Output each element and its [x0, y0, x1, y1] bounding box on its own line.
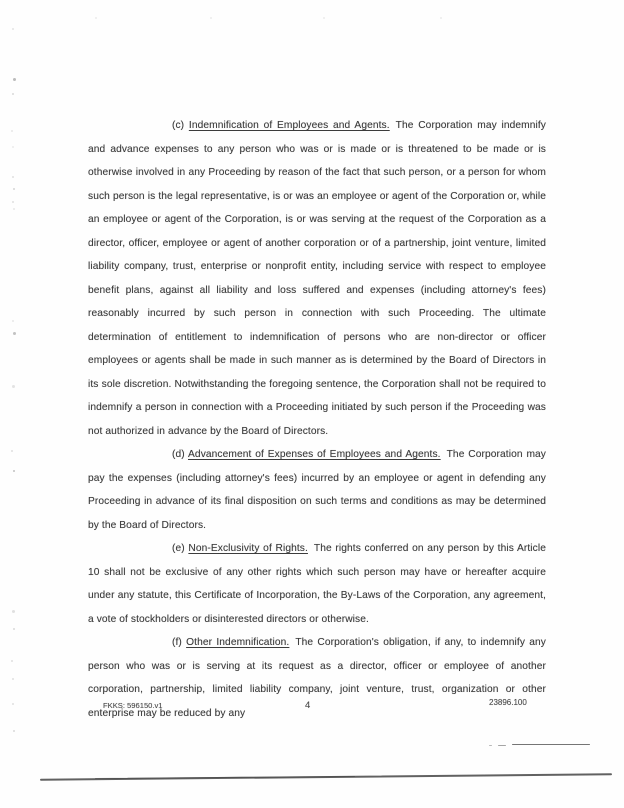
paragraph-f: (f) Other Indemnification.The Corporatio…	[88, 631, 546, 725]
scan-speck	[12, 610, 15, 613]
footer-page-number: 4	[305, 700, 310, 711]
scan-speck	[12, 320, 14, 322]
scan-speck	[12, 385, 15, 388]
scan-speck	[13, 332, 16, 335]
scan-speck	[11, 450, 13, 452]
scan-speck	[12, 146, 14, 148]
paragraph-d: (d) Advancement of Expenses of Employees…	[88, 443, 546, 537]
paragraph-c: (c) Indemnification of Employees and Age…	[88, 114, 546, 443]
document-body: (c) Indemnification of Employees and Age…	[88, 114, 546, 725]
paragraph-e-label: (e)	[172, 543, 185, 554]
scan-speck	[95, 17, 97, 19]
footer-matter-number: 23896.100	[489, 698, 527, 707]
scan-speck	[12, 176, 14, 178]
paragraph-d-label: (d)	[172, 449, 185, 460]
paragraph-c-label: (c)	[172, 120, 184, 131]
scanned-document-page: (c) Indemnification of Employees and Age…	[0, 0, 624, 808]
scan-speck	[13, 188, 15, 190]
paragraph-f-heading: Other Indemnification.	[186, 637, 289, 648]
scan-speck	[12, 678, 14, 680]
scan-artifact-short-dot	[489, 745, 492, 746]
scan-speck	[12, 201, 14, 203]
scan-artifact-short-line	[512, 744, 590, 745]
paragraph-c-body: The Corporation may indemnify and advanc…	[88, 120, 546, 437]
paragraph-e-heading: Non-Exclusivity of Rights.	[188, 543, 308, 554]
paragraph-f-label: (f)	[172, 637, 182, 648]
scan-speck	[12, 28, 14, 30]
scan-speck	[12, 703, 14, 705]
scan-speck	[11, 130, 13, 132]
scan-speck	[13, 730, 15, 732]
paragraph-d-body: The Corporation may pay the expenses (in…	[88, 449, 546, 531]
scan-speck	[13, 208, 15, 210]
scan-speck	[13, 628, 15, 630]
scan-speck	[11, 660, 13, 662]
paragraph-c-heading: Indemnification of Employees and Agents.	[189, 120, 390, 131]
paragraph-d-heading: Advancement of Expenses of Employees and…	[188, 449, 441, 460]
scan-speck	[210, 17, 212, 19]
scan-speck	[13, 78, 16, 81]
scan-speck	[13, 470, 15, 472]
scan-artifact-short-dash	[498, 745, 506, 746]
paragraph-e: (e) Non-Exclusivity of Rights.The rights…	[88, 537, 546, 631]
footer-document-id: FKKS: 596150.v1	[103, 701, 163, 710]
scan-speck	[12, 93, 14, 95]
paragraph-e-body: The rights conferred on any person by th…	[88, 543, 546, 625]
scan-speck	[323, 17, 325, 19]
scan-speck	[440, 17, 442, 19]
